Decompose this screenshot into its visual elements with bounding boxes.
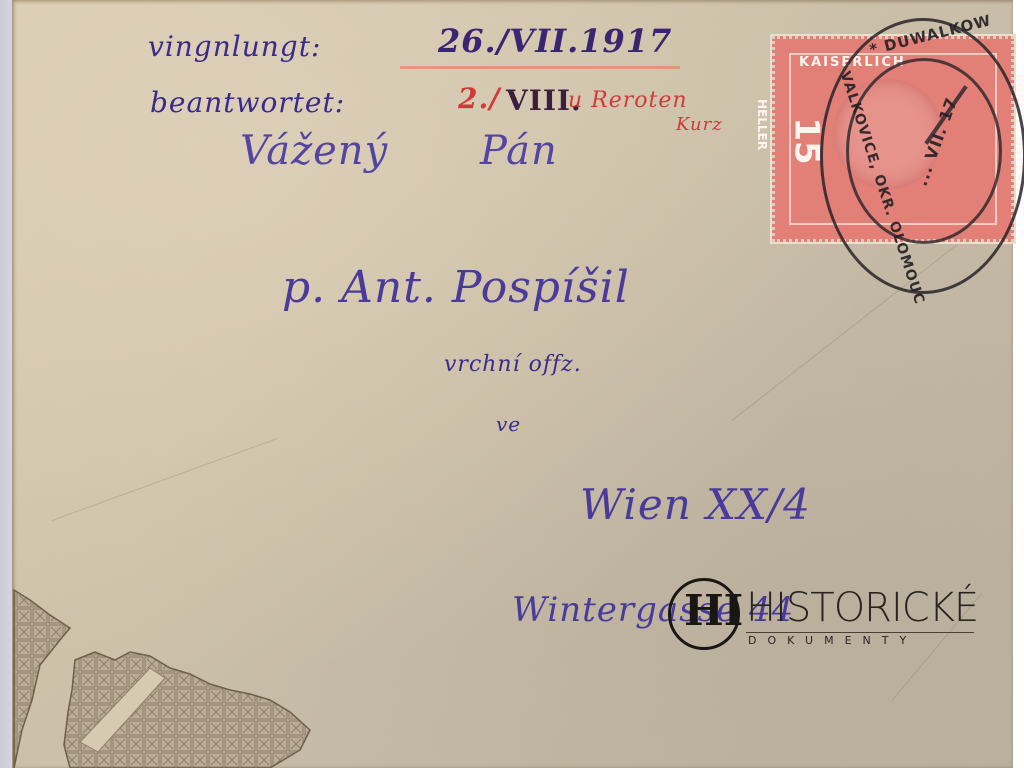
logo-subtitle: DOKUMENTY: [748, 634, 917, 647]
answered-label: beantwortet:: [150, 86, 345, 119]
answered-note: u Reroten: [568, 88, 688, 113]
logo-mark: HI: [684, 586, 743, 636]
recipient-name: p. Ant. Pospíšil: [282, 262, 630, 313]
salutation-2: Pán: [480, 128, 558, 174]
city: Wien XX/4: [580, 480, 811, 529]
preposition: ve: [496, 412, 521, 436]
stamp-left-text: HELLER: [755, 99, 769, 150]
answered-date: 2./: [458, 82, 500, 115]
logo-title: HISTORICKÉ: [746, 586, 978, 630]
watermark-logo: HI HISTORICKÉ DOKUMENTY: [668, 578, 978, 650]
answered-note-2: Kurz: [676, 114, 723, 135]
logo-rule: [746, 632, 974, 633]
salutation-1: Vážený: [240, 128, 388, 174]
recipient-title: vrchní offz.: [444, 352, 582, 377]
received-label: vingnlungt:: [148, 30, 321, 63]
paper-crease: [52, 438, 278, 521]
received-date: 26./VII.1917: [438, 22, 672, 60]
orange-underline: [400, 66, 680, 69]
